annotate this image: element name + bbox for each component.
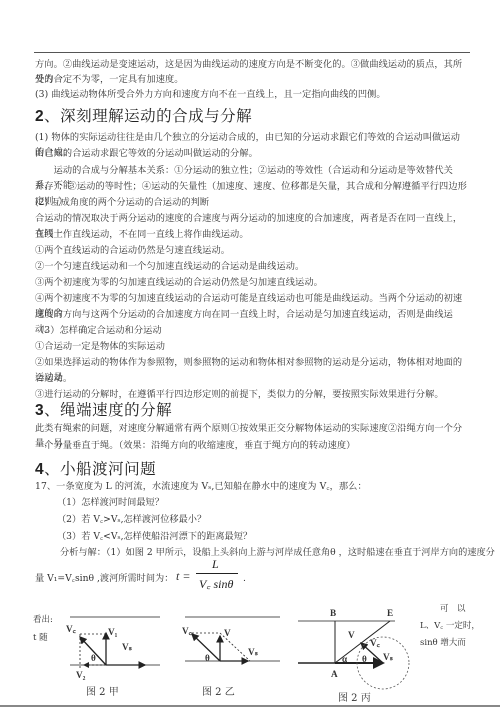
section-3-line: 一个分量垂直于绳。（效果：沿绳方向的收缩速度，垂直于绳方向的转动速度）: [35, 438, 467, 453]
section-2-title: 、深刻理解运动的合成与分解: [44, 107, 252, 125]
jia-label-vs: Vₛ: [122, 640, 132, 655]
header-rule: [34, 52, 470, 53]
bing-label-b: B: [330, 606, 336, 621]
yi-label-vc: V꜀: [182, 624, 192, 639]
fraction-numerator: L: [212, 557, 219, 572]
formula-prefix: 量 V₁=V꜀sinθ ,渡河所需时间为：: [35, 571, 173, 586]
yi-label-v: V: [224, 626, 231, 641]
section-2-line: 直线上作直线运动，不在同一直线上将作曲线运动。: [35, 227, 467, 242]
section-2-heading: 2、深刻理解运动的合成与分解: [35, 104, 252, 126]
footer-rule: [0, 705, 500, 707]
side-note-right-1: 可 以: [440, 601, 466, 618]
section-2-line: (2) 互成角度的两个分运动的合运动的判断: [35, 195, 467, 210]
side-note-right-2: L、V꜀ 一定时，: [420, 618, 480, 635]
figure-2-bing-caption: 图 2 丙: [338, 689, 371, 704]
jia-label-v2: V₂: [76, 668, 85, 683]
formula-suffix: .: [243, 571, 246, 586]
intro-line-2: 外力一定不为零，一定具有加速度。: [35, 72, 467, 87]
figure-2-yi-caption: 图 2 乙: [202, 683, 235, 698]
bing-label-vs: Vₛ: [383, 650, 393, 665]
section-4-title: 、小船渡河问题: [44, 460, 156, 478]
formula-lhs: t =: [176, 569, 190, 584]
side-note-left-1: 看出:: [33, 612, 53, 629]
bing-label-e: E: [387, 606, 393, 621]
section-2-line: ②一个匀速直线运动和一个匀加速直线运动的合运动是曲线运动。: [35, 259, 467, 274]
figure-2-yi-diagram: [180, 612, 290, 667]
question-3: （3）若 V꜀<Vₛ,怎样使船沿河漂下的距离最短？: [57, 529, 252, 544]
yi-label-vs: Vₛ: [248, 645, 258, 660]
section-2-line: ①两个直线运动的合运动仍然是匀速直线运动。: [35, 243, 467, 258]
section-2-line: （3）怎样确定合运动和分运动: [35, 323, 467, 338]
side-note-right-3: sinθ 增大而: [420, 635, 466, 652]
section-2-line: 合运动。: [35, 371, 467, 386]
bing-label-v: V: [348, 628, 355, 643]
question-2: （2）若 V꜀>Vₛ,怎样渡河位移最小？: [57, 512, 206, 527]
intro-line-3: (3) 曲线运动物体所受合外力方向和速度方向不在一直线上，且一定指向曲线的凹侧。: [35, 87, 467, 102]
bing-label-theta: θ: [362, 652, 367, 667]
section-2-line: 由已知的合运动求跟它等效的分运动叫做运动的分解。: [35, 146, 467, 161]
fraction-denominator: V꜀ sinθ: [199, 575, 233, 592]
figure-2-bing-diagram: [295, 605, 420, 700]
bing-label-vc: V꜀: [370, 636, 380, 651]
question-1: （1）怎样渡河时间最短？: [57, 495, 164, 510]
bing-label-alpha: α: [342, 652, 347, 667]
bing-label-a: A: [331, 667, 338, 682]
section-4-number: 4: [35, 461, 44, 478]
analysis-line: 分析与解：（1）如图 2 甲所示，设船上头斜向上游与河岸成任意角θ ，这时船速在…: [60, 545, 495, 560]
figure-2-jia-caption: 图 2 甲: [86, 683, 119, 698]
section-2-number: 2: [35, 108, 44, 125]
jia-label-v1: V₁: [108, 625, 117, 640]
jia-label-theta: θ: [91, 651, 96, 666]
time-fraction: L V꜀ sinθ: [196, 557, 240, 593]
problem-statement: 17、一条宽度为 L 的河流，水流速度为 Vₛ,已知船在静水中的速度为 V꜀，那…: [35, 479, 467, 494]
side-note-left-2: t 随: [33, 630, 48, 647]
section-3-title: 、绳端速度的分解: [44, 401, 172, 419]
section-3-heading: 3、绳端速度的分解: [35, 398, 172, 420]
section-3-number: 3: [35, 402, 44, 419]
jia-label-vc: V꜀: [66, 622, 76, 637]
section-2-line: ①合运动一定是物体的实际运动: [35, 339, 467, 354]
yi-label-theta: θ: [205, 651, 210, 666]
section-2-line: ③两个初速度为零的匀加速直线运动的合运动仍然是匀加速直线运动。: [35, 275, 467, 290]
fraction-bar: [196, 573, 238, 574]
section-4-heading: 4、小船渡河问题: [35, 457, 156, 479]
